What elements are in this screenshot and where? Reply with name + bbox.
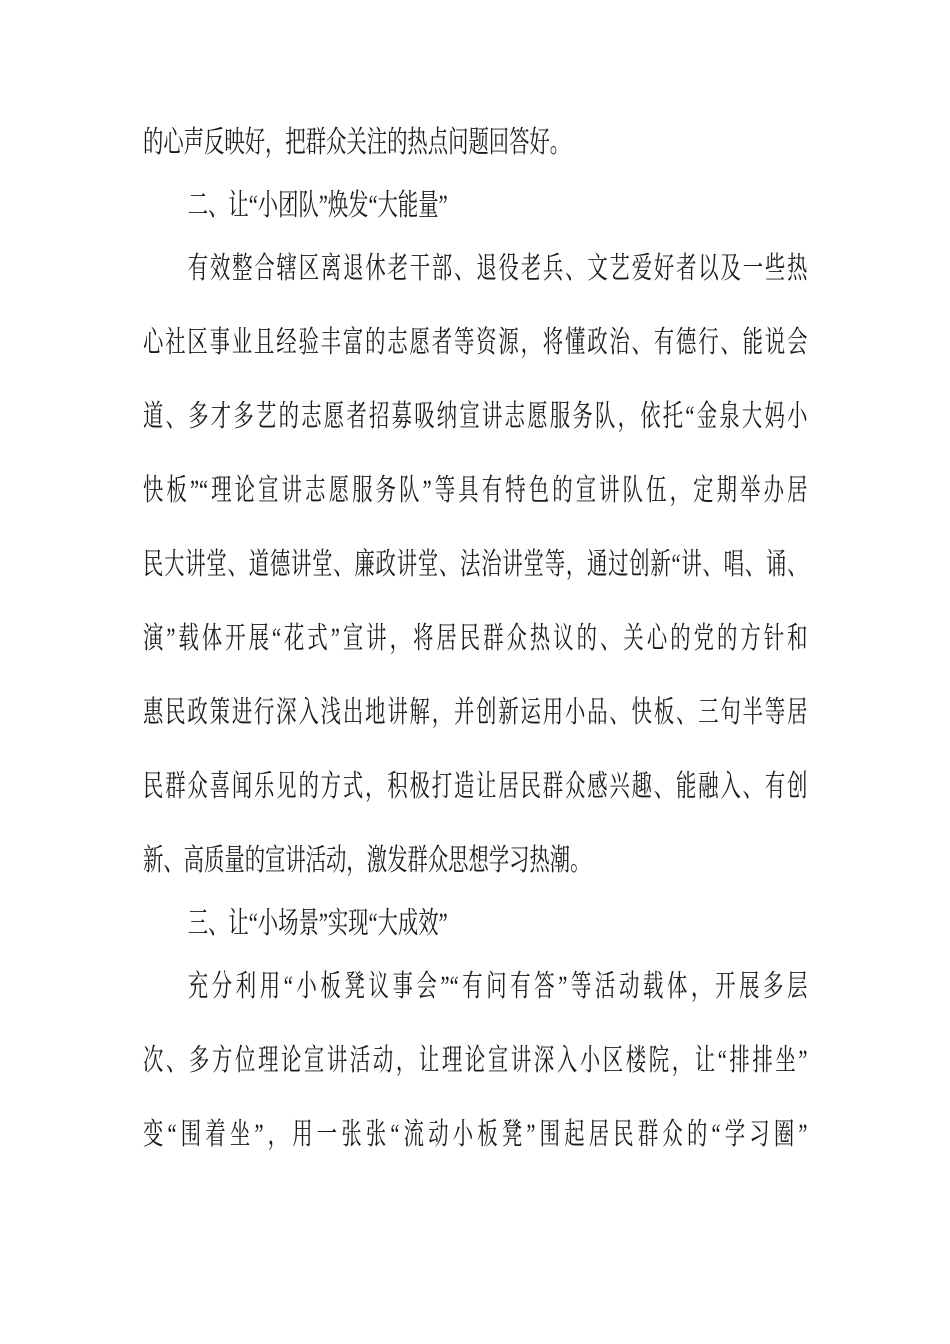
text-line: 变“围着坐”，用一张张“流动小板凳”围起居民群众的“学习圈” <box>143 1120 807 1150</box>
text-line: 新、高质量的宣讲活动，激发群众思想学习热潮。 <box>143 846 807 876</box>
text-line: 有效整合辖区离退休老干部、退役老兵、文艺爱好者以及一些热 <box>143 254 807 284</box>
text-line: 道、多才多艺的志愿者招募吸纳宣讲志愿服务队，依托“金泉大妈小 <box>143 402 807 432</box>
text-line: 快板”“理论宣讲志愿服务队”等具有特色的宣讲队伍，定期举办居 <box>143 476 807 506</box>
section-heading: 三、让“小场景”实现“大成效” <box>143 909 807 939</box>
text-line: 的心声反映好，把群众关注的热点问题回答好。 <box>143 128 807 158</box>
text-line: 心社区事业且经验丰富的志愿者等资源，将懂政治、有德行、能说会 <box>143 328 807 358</box>
text-line: 惠民政策进行深入浅出地讲解，并创新运用小品、快板、三句半等居 <box>143 698 807 728</box>
document-body: 的心声反映好，把群众关注的热点问题回答好。 二、让“小团队”焕发“大能量” 有效… <box>143 128 807 1194</box>
text-line: 民群众喜闻乐见的方式，积极打造让居民群众感兴趣、能融入、有创 <box>143 772 807 802</box>
text-line: 充分利用“小板凳议事会”“有问有答”等活动载体，开展多层 <box>143 972 807 1002</box>
text-line: 民大讲堂、道德讲堂、廉政讲堂、法治讲堂等，通过创新“讲、唱、诵、 <box>143 550 807 580</box>
text-line: 次、多方位理论宣讲活动，让理论宣讲深入小区楼院，让“排排坐” <box>143 1046 807 1076</box>
document-page: 的心声反映好，把群众关注的热点问题回答好。 二、让“小团队”焕发“大能量” 有效… <box>0 0 950 1344</box>
text-line: 演”载体开展“花式”宣讲，将居民群众热议的、关心的党的方针和 <box>143 624 807 654</box>
section-heading: 二、让“小团队”焕发“大能量” <box>143 191 807 221</box>
